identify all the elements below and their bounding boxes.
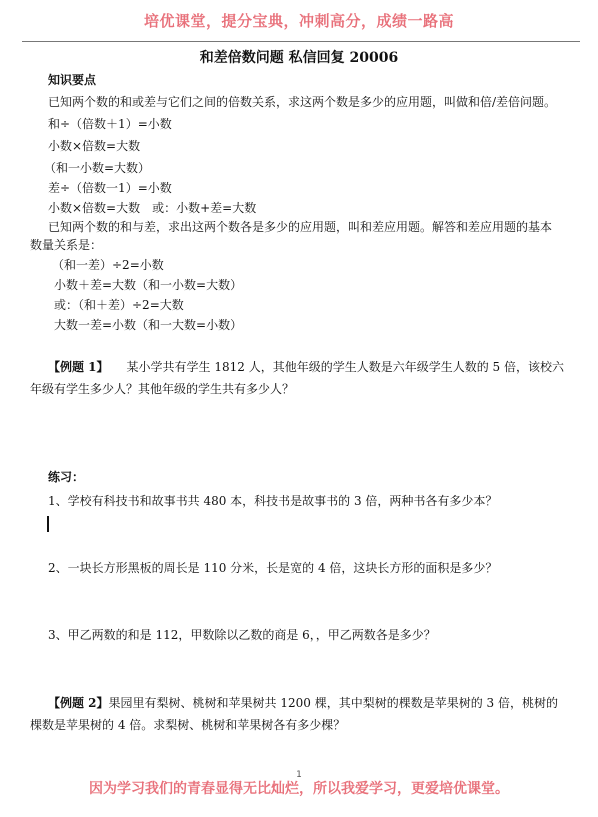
footer-slogan: 因为学习我们的青春显得无比灿烂，所以我爱学习，更爱培优课堂。 — [0, 778, 598, 798]
knowledge-line: 已知两个数的和与差，求出这两个数各是多少的应用题，叫和差应用题。解答和差应用题的… — [48, 217, 552, 237]
knowledge-line: 大数一差=小数（和一大数=小数） — [54, 315, 242, 335]
document-title: 和差倍数问题 私信回复 20006 — [0, 47, 598, 67]
knowledge-line: 或：（和＋差）÷2=大数 — [54, 295, 184, 315]
example-2-label: 【例题 2】 — [48, 696, 109, 710]
example-2-continuation: 棵数是苹果树的 4 倍。求梨树、桃树和苹果树各有多少棵？ — [30, 715, 345, 735]
knowledge-line: 差÷（倍数一1）=小数 — [48, 178, 172, 198]
header-divider — [22, 41, 580, 42]
knowledge-line: 小数＋差=大数（和一小数=大数） — [54, 275, 242, 295]
knowledge-line: 小数×倍数=大数 或：小数+差=大数 — [48, 198, 256, 218]
knowledge-line: 已知两个数的和或差与它们之间的倍数关系，求这两个数是多少的应用题，叫做和倍/差倍… — [48, 92, 556, 112]
knowledge-line: （和一小数=大数） — [44, 158, 150, 178]
knowledge-heading: 知识要点 — [48, 70, 96, 90]
example-1: 【例题 1】某小学共有学生 1812 人，其他年级的学生人数是六年级学生人数的 … — [48, 357, 564, 377]
example-1-label: 【例题 1】 — [48, 360, 109, 374]
knowledge-line: 和÷（倍数＋1）=小数 — [48, 114, 172, 134]
knowledge-line: 数量关系是： — [30, 235, 102, 255]
header-slogan: 培优课堂，提分宝典，冲刺高分，成绩一路高 — [0, 10, 598, 31]
example-1-continuation: 年级有学生多少人？其他年级的学生共有多少人？ — [30, 379, 294, 399]
practice-item-1: 1、学校有科技书和故事书共 480 本，科技书是故事书的 3 倍，两种书各有多少… — [48, 491, 497, 511]
practice-item-2: 2、一块长方形黑板的周长是 110 分米，长是宽的 4 倍，这块长方形的面积是多… — [48, 558, 497, 578]
practice-heading: 练习： — [48, 467, 84, 487]
example-2-text: 果园里有梨树、桃树和苹果树共 1200 棵，其中梨树的棵数是苹果树的 3 倍，桃… — [109, 696, 558, 710]
example-2: 【例题 2】果园里有梨树、桃树和苹果树共 1200 棵，其中梨树的棵数是苹果树的… — [48, 693, 558, 713]
text-cursor — [47, 516, 49, 532]
knowledge-line: （和一差）÷2=小数 — [52, 255, 164, 275]
knowledge-line: 小数×倍数=大数 — [48, 136, 140, 156]
example-1-text: 某小学共有学生 1812 人，其他年级的学生人数是六年级学生人数的 5 倍，该校… — [127, 360, 564, 374]
practice-item-3: 3、甲乙两数的和是 112，甲数除以乙数的商是 6，，甲乙两数各是多少？ — [48, 625, 436, 645]
